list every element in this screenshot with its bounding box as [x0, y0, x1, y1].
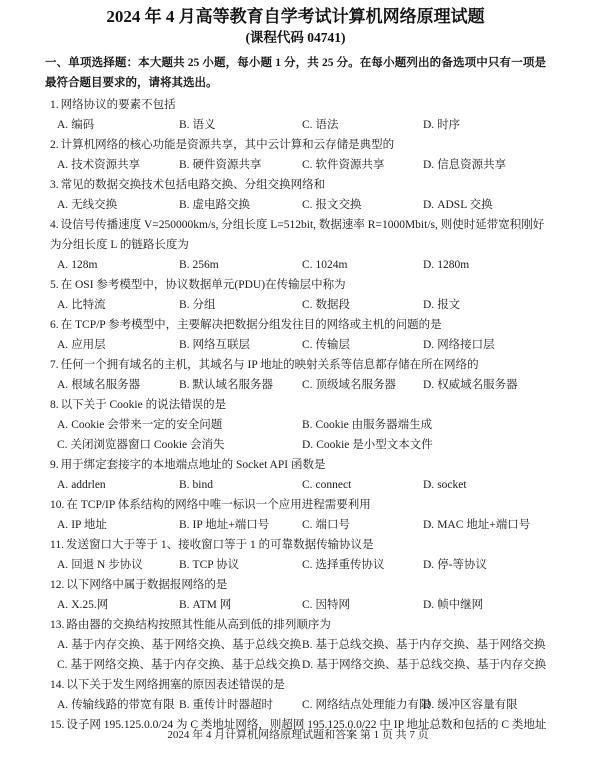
option-A: A.应用层 [57, 335, 179, 355]
options-row: A.应用层B.网络互联层C.传输层D.网络接口层 [57, 335, 546, 355]
question-number: 2. [50, 139, 59, 151]
page-footer: 2024 年 4 月计算机网络原理试题和答案 第 1 页 共 7 页 [0, 726, 596, 744]
question-stem: 12.以下网络中属于数据报网络的是 [50, 575, 546, 595]
option-text: 网络结点处理能力有限 [316, 699, 431, 711]
options-row: A.Cookie 会带来一定的安全问题B.Cookie 由服务器端生成C.关闭浏… [57, 415, 546, 455]
question-number: 7. [50, 359, 59, 371]
option-label: A. [57, 339, 68, 351]
question-stem: 10.在 TCP/IP 体系结构的网络中唯一标识一个应用进程需要利用 [50, 495, 546, 515]
option-text: 无线交换 [71, 199, 117, 211]
option-D: D.缓冲区容量有限 [423, 695, 546, 715]
question-text: 以下关于 Cookie 的说法错误的是 [61, 399, 226, 411]
option-A: A.Cookie 会带来一定的安全问题 [57, 415, 302, 435]
question-10: 10.在 TCP/IP 体系结构的网络中唯一标识一个应用进程需要利用A.IP 地… [45, 495, 546, 535]
question-text: 在 TCP/IP 体系结构的网络中唯一标识一个应用进程需要利用 [66, 499, 370, 511]
option-B: B.ATM 网 [179, 595, 302, 615]
option-text: 网络互联层 [193, 339, 251, 351]
option-D: D.Cookie 是小型文本文件 [302, 435, 546, 455]
option-A: A.addrlen [57, 475, 179, 495]
option-text: 传输线路的带宽有限 [71, 699, 175, 711]
question-stem: 8.以下关于 Cookie 的说法错误的是 [50, 395, 546, 415]
question-number: 14. [50, 679, 64, 691]
option-C: C.软件资源共享 [302, 155, 423, 175]
option-text: 虚电路交换 [193, 199, 251, 211]
option-D: D.信息资源共享 [423, 155, 546, 175]
option-text: TCP 协议 [193, 559, 240, 571]
option-label: C. [302, 119, 313, 131]
option-text: 应用层 [71, 339, 106, 351]
option-label: C. [302, 599, 313, 611]
question-6: 6.在 TCP/P 参考模型中，主要解决把数据分组发往目的网络或主机的问题的是A… [45, 315, 546, 355]
option-text: IP 地址 [71, 519, 107, 531]
option-D: D.报文 [423, 295, 546, 315]
question-number: 1. [50, 99, 59, 111]
options-row: A.比特流B.分组C.数据段D.报文 [57, 295, 546, 315]
option-C: C.传输层 [302, 335, 423, 355]
question-text: 任何一个拥有域名的主机，其域名与 IP 地址的映射关系等信息都存储在所在网络的 [61, 359, 479, 371]
question-stem: 13.路由器的交换结构按照其性能从高到低的排列顺序为 [50, 615, 546, 635]
course-code: (课程代码 04741) [45, 28, 546, 47]
option-label: C. [302, 339, 313, 351]
option-C: C.基于网络交换、基于内存交换、基于总线交换 [57, 655, 302, 675]
option-label: B. [179, 379, 190, 391]
option-D: D.网络接口层 [423, 335, 546, 355]
option-label: B. [302, 419, 313, 431]
option-label: D. [423, 259, 434, 271]
option-D: D.1280m [423, 255, 546, 275]
option-label: D. [302, 659, 313, 671]
question-text: 路由器的交换结构按照其性能从高到低的排列顺序为 [66, 619, 331, 631]
option-B: B.分组 [179, 295, 302, 315]
option-label: A. [57, 119, 68, 131]
option-B: B.重传计时器超时 [179, 695, 302, 715]
option-label: A. [57, 479, 68, 491]
question-text: 常见的数据交换技术包括电路交换、分组交换网络和 [61, 179, 326, 191]
option-text: 时序 [437, 119, 460, 131]
option-text: 编码 [71, 119, 94, 131]
option-text: 默认域名服务器 [193, 379, 274, 391]
question-text: 网络协议的要素不包括 [61, 99, 176, 111]
option-A: A.128m [57, 255, 179, 275]
option-label: D. [423, 519, 434, 531]
option-text: connect [316, 479, 352, 491]
option-label: D. [423, 159, 434, 171]
question-stem: 3.常见的数据交换技术包括电路交换、分组交换网络和 [50, 175, 546, 195]
option-text: 比特流 [71, 299, 106, 311]
option-C: C.因特网 [302, 595, 423, 615]
option-text: ADSL 交换 [437, 199, 492, 211]
question-text: 计算机网络的核心功能是资源共享，其中云计算和云存储是典型的 [61, 139, 395, 151]
option-text: 报文 [437, 299, 460, 311]
options-row: A.IP 地址B.IP 地址+端口号C.端口号D.MAC 地址+端口号 [57, 515, 546, 535]
options-row: A.编码B.语义C.语法D.时序 [57, 115, 546, 135]
question-number: 12. [50, 579, 64, 591]
question-text: 用于绑定套接字的本地端点地址的 Socket API 函数是 [61, 459, 326, 471]
question-text: 以下网络中属于数据报网络的是 [66, 579, 227, 591]
option-text: 基于内存交换、基于网络交换、基于总线交换 [71, 639, 301, 651]
option-text: 1024m [316, 259, 348, 271]
option-text: 顶级域名服务器 [316, 379, 397, 391]
section-instruction: 一、单项选择题：本大题共 25 小题，每小题 1 分，共 25 分。在每小题列出… [45, 53, 546, 93]
page-title: 2024 年 4 月高等教育自学考试计算机网络原理试题 [45, 6, 546, 28]
option-text: 数据段 [316, 299, 351, 311]
option-label: D. [423, 379, 434, 391]
option-B: B.硬件资源共享 [179, 155, 302, 175]
option-text: 128m [71, 259, 97, 271]
option-C: C.网络结点处理能力有限 [302, 695, 423, 715]
option-text: 缓冲区容量有限 [437, 699, 518, 711]
option-text: 因特网 [316, 599, 351, 611]
option-D: D.ADSL 交换 [423, 195, 546, 215]
option-label: A. [57, 699, 68, 711]
question-number: 4. [50, 219, 59, 231]
option-text: 语义 [193, 119, 216, 131]
option-label: D. [423, 479, 434, 491]
option-D: D.权威域名服务器 [423, 375, 546, 395]
option-label: A. [57, 199, 68, 211]
option-B: B.TCP 协议 [179, 555, 302, 575]
option-A: A.无线交换 [57, 195, 179, 215]
option-B: B.Cookie 由服务器端生成 [302, 415, 546, 435]
question-text: 发送窗口大于等于 1、接收窗口等于 1 的可靠数据传输协议是 [66, 539, 374, 551]
option-text: ATM 网 [193, 599, 232, 611]
question-number: 8. [50, 399, 59, 411]
options-row: A.回退 N 步协议B.TCP 协议C.选择重传协议D.停-等协议 [57, 555, 546, 575]
option-label: A. [57, 519, 68, 531]
option-A: A.比特流 [57, 295, 179, 315]
question-text: 设信号传播速度 V=250000km/s, 分组长度 L=512bit, 数据速… [50, 219, 544, 251]
option-A: A.编码 [57, 115, 179, 135]
question-text: 以下关于发生网络拥塞的原因表述错误的是 [66, 679, 285, 691]
question-text: 在 OSI 参考模型中，协议数据单元(PDU)在传输层中称为 [61, 279, 346, 291]
option-text: addrlen [71, 479, 105, 491]
question-7: 7.任何一个拥有域名的主机，其域名与 IP 地址的映射关系等信息都存储在所在网络… [45, 355, 546, 395]
option-D: D.停-等协议 [423, 555, 546, 575]
option-text: Cookie 是小型文本文件 [316, 439, 433, 451]
option-text: 权威域名服务器 [437, 379, 518, 391]
option-B: B.虚电路交换 [179, 195, 302, 215]
option-text: 语法 [316, 119, 339, 131]
option-text: 基于网络交换、基于内存交换、基于总线交换 [71, 659, 301, 671]
option-B: B.256m [179, 255, 302, 275]
option-label: A. [57, 299, 68, 311]
question-14: 14.以下关于发生网络拥塞的原因表述错误的是A.传输线路的带宽有限B.重传计时器… [45, 675, 546, 715]
option-text: 帧中继网 [437, 599, 483, 611]
option-B: B.默认域名服务器 [179, 375, 302, 395]
option-label: B. [179, 519, 190, 531]
question-13: 13.路由器的交换结构按照其性能从高到低的排列顺序为A.基于内存交换、基于网络交… [45, 615, 546, 675]
option-D: D.时序 [423, 115, 546, 135]
options-row: A.无线交换B.虚电路交换C.报文交换D.ADSL 交换 [57, 195, 546, 215]
option-label: A. [57, 259, 68, 271]
question-11: 11.发送窗口大于等于 1、接收窗口等于 1 的可靠数据传输协议是A.回退 N … [45, 535, 546, 575]
option-label: A. [57, 379, 68, 391]
question-stem: 4.设信号传播速度 V=250000km/s, 分组长度 L=512bit, 数… [50, 215, 546, 255]
option-B: B.网络互联层 [179, 335, 302, 355]
option-label: B. [179, 299, 190, 311]
option-label: C. [302, 559, 313, 571]
options-row: A.传输线路的带宽有限B.重传计时器超时C.网络结点处理能力有限D.缓冲区容量有… [57, 695, 546, 715]
question-stem: 7.任何一个拥有域名的主机，其域名与 IP 地址的映射关系等信息都存储在所在网络… [50, 355, 546, 375]
option-text: 基于总线交换、基于内存交换、基于网络交换 [316, 639, 546, 651]
option-D: D.基于网络交换、基于总线交换、基于内存交换 [302, 655, 546, 675]
option-C: C.报文交换 [302, 195, 423, 215]
option-label: C. [302, 699, 313, 711]
options-row: A.技术资源共享B.硬件资源共享C.软件资源共享D.信息资源共享 [57, 155, 546, 175]
option-C: C.关闭浏览器窗口 Cookie 会消失 [57, 435, 302, 455]
option-label: A. [57, 599, 68, 611]
option-B: B.IP 地址+端口号 [179, 515, 302, 535]
option-C: C.顶级域名服务器 [302, 375, 423, 395]
options-row: A.根域名服务器B.默认域名服务器C.顶级域名服务器D.权威域名服务器 [57, 375, 546, 395]
option-text: 回退 N 步协议 [71, 559, 143, 571]
option-text: 根域名服务器 [71, 379, 140, 391]
option-label: A. [57, 419, 68, 431]
option-label: C. [302, 519, 313, 531]
question-number: 9. [50, 459, 59, 471]
option-label: D. [423, 699, 434, 711]
option-text: 重传计时器超时 [193, 699, 274, 711]
option-label: A. [57, 559, 68, 571]
option-label: C. [302, 199, 313, 211]
option-text: MAC 地址+端口号 [437, 519, 530, 531]
option-A: A.IP 地址 [57, 515, 179, 535]
option-label: B. [302, 639, 313, 651]
question-1: 1.网络协议的要素不包括A.编码B.语义C.语法D.时序 [45, 95, 546, 135]
option-label: C. [57, 659, 68, 671]
option-text: 基于网络交换、基于总线交换、基于内存交换 [316, 659, 546, 671]
option-label: C. [57, 439, 68, 451]
option-A: A.技术资源共享 [57, 155, 179, 175]
option-label: D. [423, 339, 434, 351]
option-C: C.语法 [302, 115, 423, 135]
option-label: D. [423, 599, 434, 611]
question-stem: 1.网络协议的要素不包括 [50, 95, 546, 115]
option-A: A.传输线路的带宽有限 [57, 695, 179, 715]
question-stem: 2.计算机网络的核心功能是资源共享，其中云计算和云存储是典型的 [50, 135, 546, 155]
option-A: A.X.25.网 [57, 595, 179, 615]
option-label: C. [302, 299, 313, 311]
exam-page: 2024 年 4 月高等教育自学考试计算机网络原理试题 (课程代码 04741)… [0, 0, 596, 782]
option-text: 传输层 [316, 339, 351, 351]
question-number: 10. [50, 499, 64, 511]
question-3: 3.常见的数据交换技术包括电路交换、分组交换网络和A.无线交换B.虚电路交换C.… [45, 175, 546, 215]
option-label: C. [302, 379, 313, 391]
option-label: B. [179, 159, 190, 171]
question-stem: 9.用于绑定套接字的本地端点地址的 Socket API 函数是 [50, 455, 546, 475]
options-row: A.X.25.网B.ATM 网C.因特网D.帧中继网 [57, 595, 546, 615]
option-text: 端口号 [316, 519, 351, 531]
question-stem: 14.以下关于发生网络拥塞的原因表述错误的是 [50, 675, 546, 695]
option-text: 信息资源共享 [437, 159, 506, 171]
option-label: C. [302, 479, 313, 491]
option-label: D. [423, 199, 434, 211]
option-label: B. [179, 259, 190, 271]
option-C: C.connect [302, 475, 423, 495]
question-5: 5.在 OSI 参考模型中，协议数据单元(PDU)在传输层中称为A.比特流B.分… [45, 275, 546, 315]
question-12: 12.以下网络中属于数据报网络的是A.X.25.网B.ATM 网C.因特网D.帧… [45, 575, 546, 615]
option-text: 1280m [437, 259, 469, 271]
option-label: D. [302, 439, 313, 451]
question-number: 11. [50, 539, 64, 551]
question-4: 4.设信号传播速度 V=250000km/s, 分组长度 L=512bit, 数… [45, 215, 546, 275]
options-row: A.addrlenB.bindC.connectD.socket [57, 475, 546, 495]
option-text: IP 地址+端口号 [193, 519, 270, 531]
option-D: D.MAC 地址+端口号 [423, 515, 546, 535]
option-text: 技术资源共享 [71, 159, 140, 171]
option-text: socket [437, 479, 466, 491]
option-label: B. [179, 599, 190, 611]
option-B: B.基于总线交换、基于内存交换、基于网络交换 [302, 635, 546, 655]
option-text: 选择重传协议 [316, 559, 385, 571]
option-label: A. [57, 159, 68, 171]
option-text: 关闭浏览器窗口 Cookie 会消失 [71, 439, 225, 451]
option-text: Cookie 由服务器端生成 [316, 419, 433, 431]
option-text: 软件资源共享 [316, 159, 385, 171]
option-D: D.socket [423, 475, 546, 495]
question-number: 5. [50, 279, 59, 291]
option-label: A. [57, 639, 68, 651]
question-8: 8.以下关于 Cookie 的说法错误的是A.Cookie 会带来一定的安全问题… [45, 395, 546, 455]
option-A: A.基于内存交换、基于网络交换、基于总线交换 [57, 635, 302, 655]
question-stem: 5.在 OSI 参考模型中，协议数据单元(PDU)在传输层中称为 [50, 275, 546, 295]
option-label: D. [423, 299, 434, 311]
option-label: B. [179, 119, 190, 131]
option-C: C.数据段 [302, 295, 423, 315]
option-label: C. [302, 259, 313, 271]
options-row: A.128mB.256mC.1024mD.1280m [57, 255, 546, 275]
options-row: A.基于内存交换、基于网络交换、基于总线交换B.基于总线交换、基于内存交换、基于… [57, 635, 546, 675]
question-9: 9.用于绑定套接字的本地端点地址的 Socket API 函数是A.addrle… [45, 455, 546, 495]
question-text: 在 TCP/P 参考模型中，主要解决把数据分组发往目的网络或主机的问题的是 [61, 319, 442, 331]
question-2: 2.计算机网络的核心功能是资源共享，其中云计算和云存储是典型的A.技术资源共享B… [45, 135, 546, 175]
question-number: 3. [50, 179, 59, 191]
option-B: B.bind [179, 475, 302, 495]
option-text: 停-等协议 [437, 559, 487, 571]
option-label: B. [179, 199, 190, 211]
option-text: X.25.网 [71, 599, 108, 611]
option-text: bind [193, 479, 213, 491]
option-label: B. [179, 559, 190, 571]
option-label: C. [302, 159, 313, 171]
option-text: 分组 [193, 299, 216, 311]
option-D: D.帧中继网 [423, 595, 546, 615]
question-stem: 6.在 TCP/P 参考模型中，主要解决把数据分组发往目的网络或主机的问题的是 [50, 315, 546, 335]
option-C: C.选择重传协议 [302, 555, 423, 575]
option-B: B.语义 [179, 115, 302, 135]
option-label: D. [423, 119, 434, 131]
question-stem: 11.发送窗口大于等于 1、接收窗口等于 1 的可靠数据传输协议是 [50, 535, 546, 555]
question-list: 1.网络协议的要素不包括A.编码B.语义C.语法D.时序2.计算机网络的核心功能… [45, 95, 546, 735]
option-text: 256m [193, 259, 219, 271]
option-label: B. [179, 479, 190, 491]
question-number: 13. [50, 619, 64, 631]
question-number: 6. [50, 319, 59, 331]
option-text: 硬件资源共享 [193, 159, 262, 171]
option-text: Cookie 会带来一定的安全问题 [71, 419, 222, 431]
option-A: A.回退 N 步协议 [57, 555, 179, 575]
option-C: C.1024m [302, 255, 423, 275]
option-A: A.根域名服务器 [57, 375, 179, 395]
option-label: B. [179, 699, 190, 711]
option-C: C.端口号 [302, 515, 423, 535]
option-label: B. [179, 339, 190, 351]
option-text: 网络接口层 [437, 339, 495, 351]
option-text: 报文交换 [316, 199, 362, 211]
option-label: D. [423, 559, 434, 571]
